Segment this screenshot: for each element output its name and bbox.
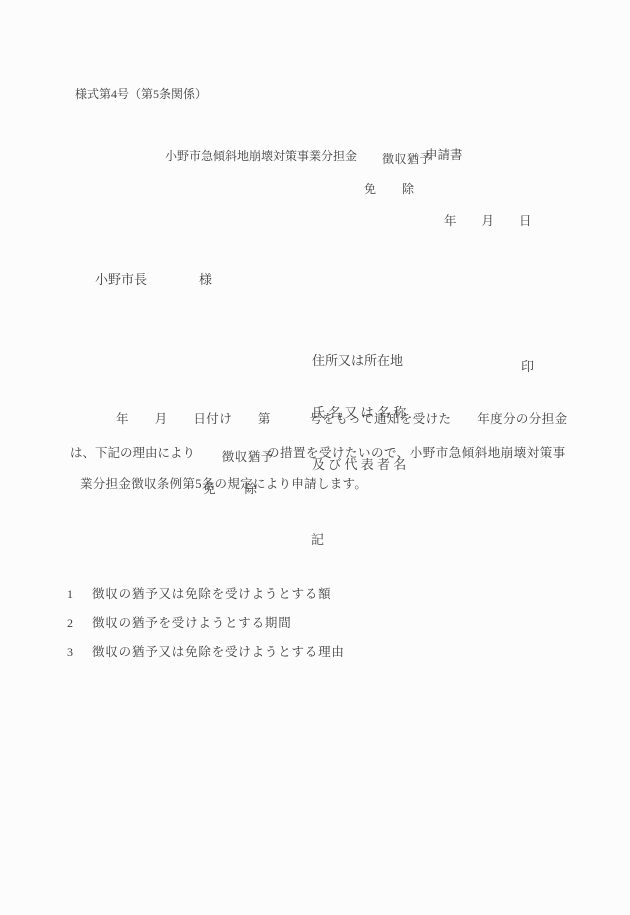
list-item-1: 1 徴収の猶予又は免除を受けようとする額	[67, 584, 331, 602]
date-blank-line: 年 月 日	[444, 211, 532, 229]
seal-mark: 印	[521, 356, 534, 375]
applicant-address-label: 住所又は所在地	[312, 352, 406, 369]
title-suffix-text: 申請書	[425, 145, 463, 163]
title-choice-exemption-right: 除	[402, 182, 414, 197]
title-choice-exemption-left: 免	[364, 182, 376, 197]
body-choice-deferment: 徴収猶予	[222, 450, 274, 464]
form-number-label: 様式第4号（第5条関係）	[75, 85, 207, 102]
body-line2-before-text: は、下記の理由により	[70, 443, 195, 461]
list-item-2-text: 徴収の猶予を受けようとする期間	[92, 613, 292, 631]
document-title: 小野市急傾斜地崩壊対策事業分担金 徴収猶予 免 除 申請書	[165, 137, 463, 227]
list-item-2: 2 徴収の猶予を受けようとする期間	[67, 613, 292, 631]
ki-section-heading: 記	[311, 529, 324, 548]
title-stacked-choice: 徴収猶予 免 除	[364, 137, 414, 227]
body-paragraph-line-1: 年 月 日付け 第 号をもって通知を受けた 年度分の分担金	[116, 409, 568, 427]
list-item-3-number: 3	[67, 645, 92, 660]
body-line2-after-text: の措置を受けたいので、小野市急傾斜地崩壊対策事	[267, 443, 566, 461]
application-form-page: 様式第4号（第5条関係） 小野市急傾斜地崩壊対策事業分担金 徴収猶予 免 除 申…	[0, 0, 630, 915]
title-choice-exemption: 免 除	[364, 182, 414, 197]
list-item-3: 3 徴収の猶予又は免除を受けようとする理由	[67, 642, 345, 660]
recipient-line: 小野市長 様	[95, 269, 212, 288]
list-item-2-number: 2	[67, 616, 92, 631]
body-paragraph-line-3: 業分担金徴収条例第5条の規定により申請します。	[80, 474, 367, 492]
title-main-text: 小野市急傾斜地崩壊対策事業分担金	[165, 147, 357, 164]
list-item-1-number: 1	[67, 587, 92, 602]
list-item-1-text: 徴収の猶予又は免除を受けようとする額	[92, 584, 331, 602]
list-item-3-text: 徴収の猶予又は免除を受けようとする理由	[92, 642, 345, 660]
